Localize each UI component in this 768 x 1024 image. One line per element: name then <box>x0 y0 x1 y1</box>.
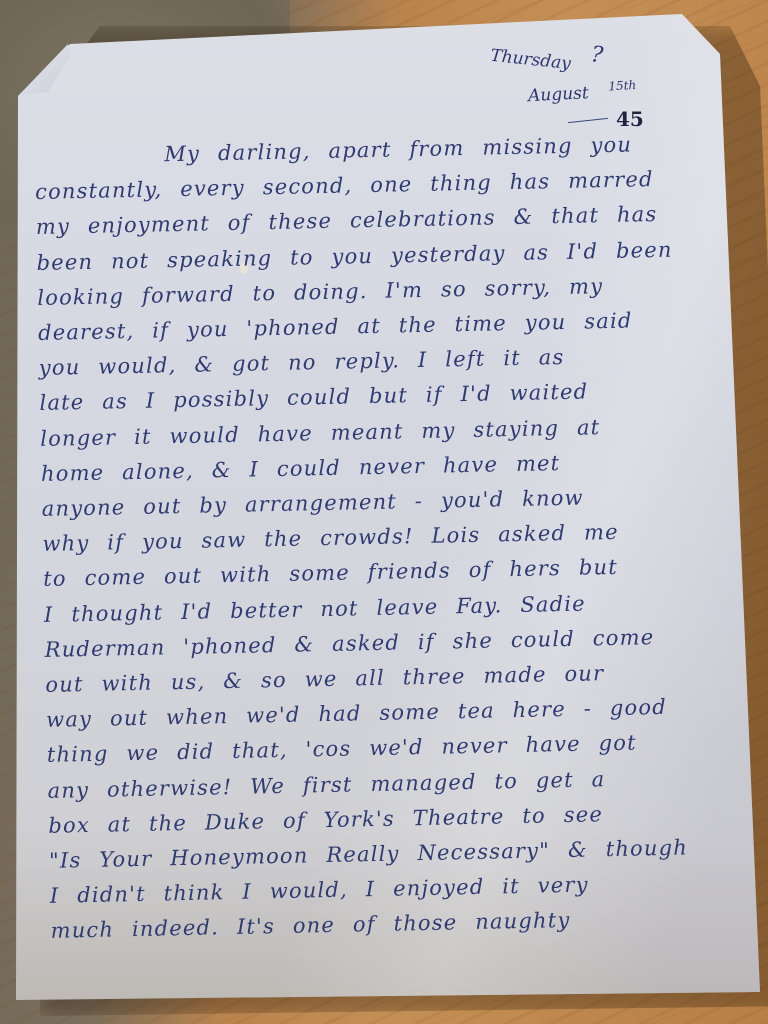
day-number: 15th <box>608 78 637 93</box>
letter-date-header: Thursday? August15th 45 <box>488 54 668 132</box>
month-text: August <box>528 83 590 106</box>
year-dash <box>568 118 608 123</box>
letter-date: August15th <box>527 76 668 107</box>
letter-body: My darling, apart from missing youconsta… <box>34 125 761 949</box>
day-query-mark: ? <box>590 41 605 71</box>
